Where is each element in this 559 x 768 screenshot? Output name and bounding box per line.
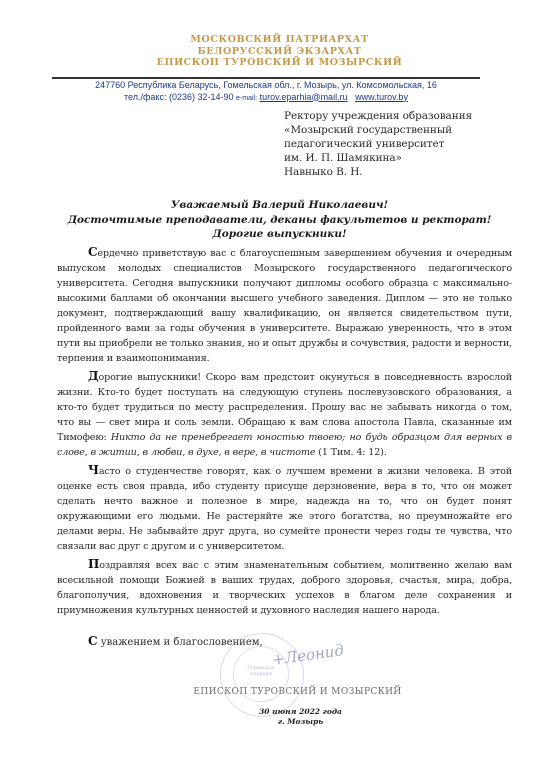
recipient-line: Ректору учреждения образования [284,109,472,123]
letter-date: 30 июня 2022 года [42,707,559,717]
drop-cap: Д [88,369,99,383]
scripture-reference: (1 Тим. 4: 12). [315,447,386,458]
website-link[interactable]: www.turov.by [355,92,408,102]
paragraph-text: ердечно приветствую вас с благоуспешным … [57,248,512,364]
letterhead: Московский Патриархат Белорусский Экзарх… [0,34,559,69]
official-stamp: Туровская епархия [220,633,304,717]
paragraph-text: асто о студенчестве говорят, как о лучше… [57,466,512,552]
email-label: e-mail: [236,95,257,102]
letterhead-patriarchate: Московский Патриархат [0,34,559,46]
postal-address: 247760 Республика Беларусь, Гомельская о… [0,80,532,92]
letterhead-divider [52,77,480,79]
drop-cap: П [88,557,99,571]
recipient-line: педагогический университет [284,137,472,151]
scripture-quote: Никто да не пренебрегает юностью твоею; … [57,432,512,458]
drop-cap: С [88,245,97,259]
greeting-graduates: Дорогие выпускники! [0,227,559,242]
contact-line: тел./факс: (0236) 32-14-90 e-mail: turov… [0,92,532,105]
date-place-block: 30 июня 2022 года г. Мозырь [0,707,559,727]
letterhead-bishop: Епископ Туровский и Мозырский [0,57,559,69]
letterhead-exarchate: Белорусский Экзархат [0,46,559,58]
paragraph-1: Сердечно приветствую вас с благоуспешным… [57,245,512,366]
stamp-text: епархия [234,671,288,677]
recipient-name: Навныко В. Н. [284,165,472,179]
letter-body: Сердечно приветствую вас с благоуспешным… [57,245,512,621]
greeting-rector: Уважаемый Валерий Николаевич! [0,198,559,213]
paragraph-text: оздравляя всех вас с этим знаменательным… [57,560,512,616]
paragraph-4: Поздравляя всех вас с этим знаменательны… [57,557,512,618]
recipient-line: «Мозырский государственный [284,123,472,137]
letter-place: г. Мозырь [42,717,559,727]
drop-cap: Ч [88,463,99,477]
paragraph-3: Часто о студенчестве говорят, как о лучш… [57,463,512,554]
greeting-faculty: Досточтимые преподаватели, деканы факуль… [0,213,559,228]
recipient-line: им. И. П. Шамякина» [284,151,472,165]
greeting-block: Уважаемый Валерий Николаевич! Досточтимы… [0,198,559,242]
email-link[interactable]: turov.eparhia@mail.ru [260,92,348,102]
phone-fax: тел./факс: (0236) 32-14-90 [124,92,233,102]
drop-cap: С [88,634,98,648]
paragraph-2: Дорогие выпускники! Скоро вам предстоит … [57,369,512,460]
contact-block: 247760 Республика Беларусь, Гомельская о… [0,80,532,104]
recipient-block: Ректору учреждения образования «Мозырски… [284,109,472,179]
signatory-title: Епископ Туровский и Мозырский [0,687,559,697]
